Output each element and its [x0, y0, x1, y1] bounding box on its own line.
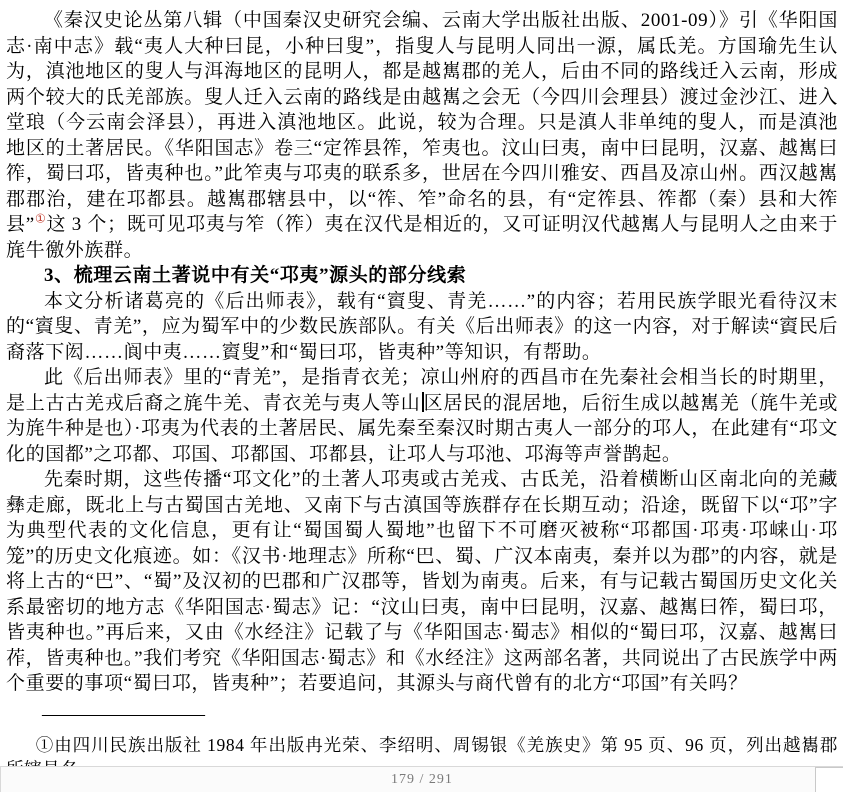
footnote-marker: ①: [36, 735, 54, 755]
paragraph-4: 先秦时期，这些传播“邛文化”的土著人邛夷或古羌戎、古氐羌，沿着横断山区南北向的羌…: [6, 467, 838, 697]
paragraph-3: 此《后出师表》里的“青羌”，是指青衣羌；凉山州府的西昌市在先秦社会相当长的时期里…: [6, 365, 838, 467]
page-indicator[interactable]: 179 / 291: [391, 767, 453, 792]
scrollbar-corner: [815, 767, 843, 792]
footnote-reference-mark[interactable]: ①: [35, 212, 47, 226]
paragraph-2: 本文分析诸葛亮的《后出师表》，载有“賨叟、青羌……”的内容；若用民族学眼光看待汉…: [6, 289, 838, 366]
footnote-separator: —————————: [42, 709, 838, 721]
paragraph-1-text: 《秦汉史论丛第八辑（中国秦汉史研究会编、云南大学出版社出版、2001-09）》引…: [6, 10, 838, 235]
section-heading: 3、梳理云南土著说中有关“邛夷”源头的部分线索: [6, 263, 838, 289]
paragraph-1: 《秦汉史论丛第八辑（中国秦汉史研究会编、云南大学出版社出版、2001-09）》引…: [6, 8, 838, 263]
paragraph-1-text-cont: 这 3 个；既可见邛夷与笮（筰）夷在汉代是相近的，又可证明汉代越嶲人与昆明人之由…: [6, 214, 838, 261]
status-bar: 179 / 291: [0, 766, 843, 792]
document-page[interactable]: 《秦汉史论丛第八辑（中国秦汉史研究会编、云南大学出版社出版、2001-09）》引…: [0, 0, 843, 766]
